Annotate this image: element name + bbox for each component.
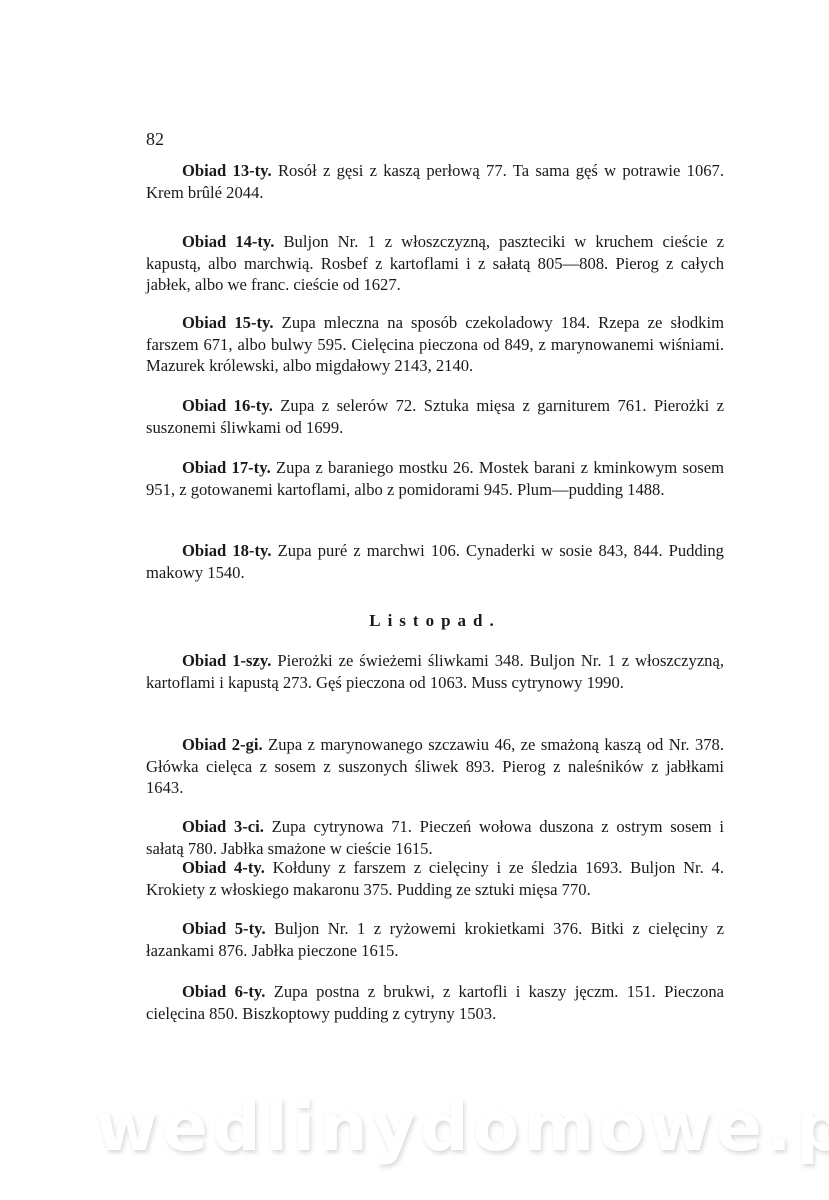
menu-entry-2: Obiad 2-gi. Zupa z marynowanego szczawiu…	[146, 734, 724, 799]
entry-label: Obiad 17-ty.	[182, 458, 271, 477]
entry-label: Obiad 15-ty.	[182, 313, 274, 332]
menu-entry-6: Obiad 6-ty. Zupa postna z brukwi, z kart…	[146, 981, 724, 1024]
entry-label: Obiad 14-ty.	[182, 232, 274, 251]
menu-entry-1: Obiad 1-szy. Pierożki ze świeżemi śliwka…	[146, 650, 724, 693]
menu-entry-5: Obiad 5-ty. Buljon Nr. 1 z ryżowemi krok…	[146, 918, 724, 961]
book-page: 82 Obiad 13-ty. Rosół z gęsi z kaszą per…	[0, 0, 829, 1200]
entry-label: Obiad 1-szy.	[182, 651, 271, 670]
section-heading-listopad: Listopad.	[146, 610, 724, 632]
entry-label: Obiad 5-ty.	[182, 919, 266, 938]
menu-entry-16: Obiad 16-ty. Zupa z selerów 72. Sztuka m…	[146, 395, 724, 438]
entry-label: Obiad 16-ty.	[182, 396, 273, 415]
menu-entry-3: Obiad 3-ci. Zupa cytrynowa 71. Pieczeń w…	[146, 816, 724, 859]
menu-entry-14: Obiad 14-ty. Buljon Nr. 1 z włoszczyzną,…	[146, 231, 724, 296]
entry-label: Obiad 6-ty.	[182, 982, 265, 1001]
page-number: 82	[146, 128, 164, 150]
menu-entry-18: Obiad 18-ty. Zupa puré z marchwi 106. Cy…	[146, 540, 724, 583]
watermark: wedlinydomowe.pl	[95, 1088, 745, 1167]
entry-label: Obiad 2-gi.	[182, 735, 263, 754]
menu-entry-13: Obiad 13-ty. Rosół z gęsi z kaszą perłow…	[146, 160, 724, 203]
menu-entry-17: Obiad 17-ty. Zupa z baraniego mostku 26.…	[146, 457, 724, 500]
entry-label: Obiad 18-ty.	[182, 541, 272, 560]
entry-label: Obiad 4-ty.	[182, 858, 265, 877]
entry-label: Obiad 13-ty.	[182, 161, 272, 180]
entry-label: Obiad 3-ci.	[182, 817, 264, 836]
menu-entry-15: Obiad 15-ty. Zupa mleczna na sposób czek…	[146, 312, 724, 377]
menu-entry-4: Obiad 4-ty. Kołduny z farszem z cielęcin…	[146, 857, 724, 900]
